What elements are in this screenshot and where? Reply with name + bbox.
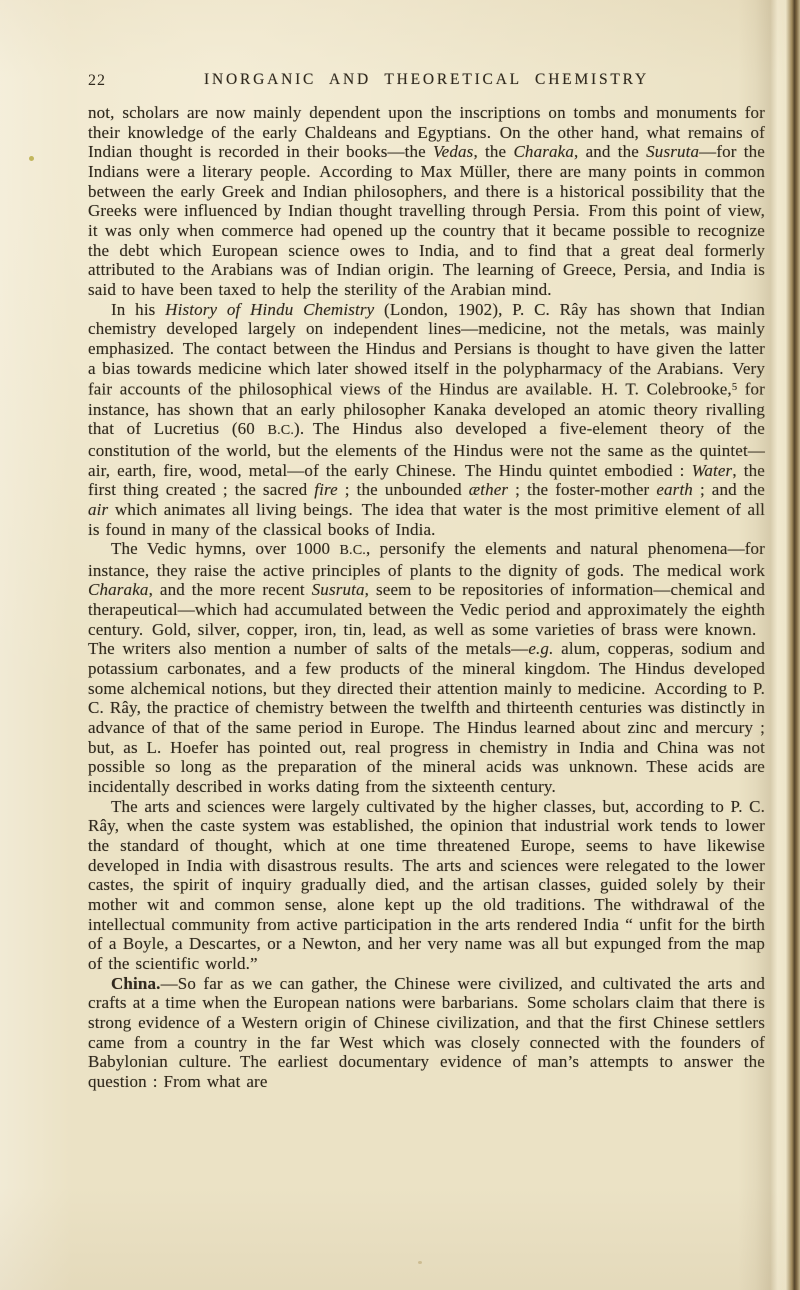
text-segment-i: Water (692, 461, 733, 480)
text-segment: —for the Indians were a literary people.… (88, 142, 765, 299)
paragraph-1: not, scholars are now mainly dependent u… (88, 103, 765, 300)
text-segment: The Vedic hymns, over 1000 (111, 539, 339, 558)
text-segment-i: Charaka (513, 142, 574, 161)
text-segment-i: fire (314, 480, 338, 499)
text-segment-b: China. (111, 974, 161, 993)
paragraph-2: In his History of Hindu Chemistry (Londo… (88, 300, 765, 540)
text-segment-i: Susruta (646, 142, 699, 161)
text-segment: , and the (574, 142, 646, 161)
text-segment-i: Susruta (312, 580, 365, 599)
paragraph-3: The Vedic hymns, over 1000 B.C., personi… (88, 539, 765, 797)
page-body: not, scholars are now mainly dependent u… (88, 103, 765, 1092)
text-segment: , and the more recent (149, 580, 312, 599)
page-number: 22 (88, 72, 106, 90)
page-header: 22 INORGANIC AND THEORETICAL CHEMISTRY (88, 71, 765, 89)
text-segment: which animates all living beings. The id… (88, 500, 765, 539)
text-segment: , the (473, 142, 513, 161)
text-segment-i: History of Hindu Chemistry (165, 300, 374, 319)
text-segment: The arts and sciences were largely culti… (88, 797, 765, 973)
text-segment: ; the foster-mother (508, 480, 656, 499)
text-segment: —So far as we can gather, the Chinese we… (88, 974, 765, 1091)
text-segment-i: air (88, 500, 108, 519)
text-segment-i: e.g. (528, 639, 553, 658)
text-segment-i: earth (656, 480, 693, 499)
paper-speck (418, 1261, 422, 1264)
paragraph-4: The arts and sciences were largely culti… (88, 797, 765, 974)
text-segment: ; and the (693, 480, 765, 499)
paragraph-5: China.—So far as we can gather, the Chin… (88, 974, 765, 1092)
text-segment: alum, copperas, sodium and potassium car… (88, 639, 765, 796)
book-page: 22 INORGANIC AND THEORETICAL CHEMISTRY n… (0, 0, 800, 1290)
text-segment-sc: B.C. (268, 422, 294, 438)
paper-speck (29, 156, 34, 161)
text-segment-i: æther (469, 480, 508, 499)
text-segment: ; the unbounded (338, 480, 469, 499)
text-segment-i: Charaka (88, 580, 149, 599)
text-segment-sc: B.C. (339, 542, 365, 558)
running-title: INORGANIC AND THEORETICAL CHEMISTRY (88, 71, 765, 89)
text-segment: In his (111, 300, 165, 319)
text-segment-i: Vedas (433, 142, 473, 161)
